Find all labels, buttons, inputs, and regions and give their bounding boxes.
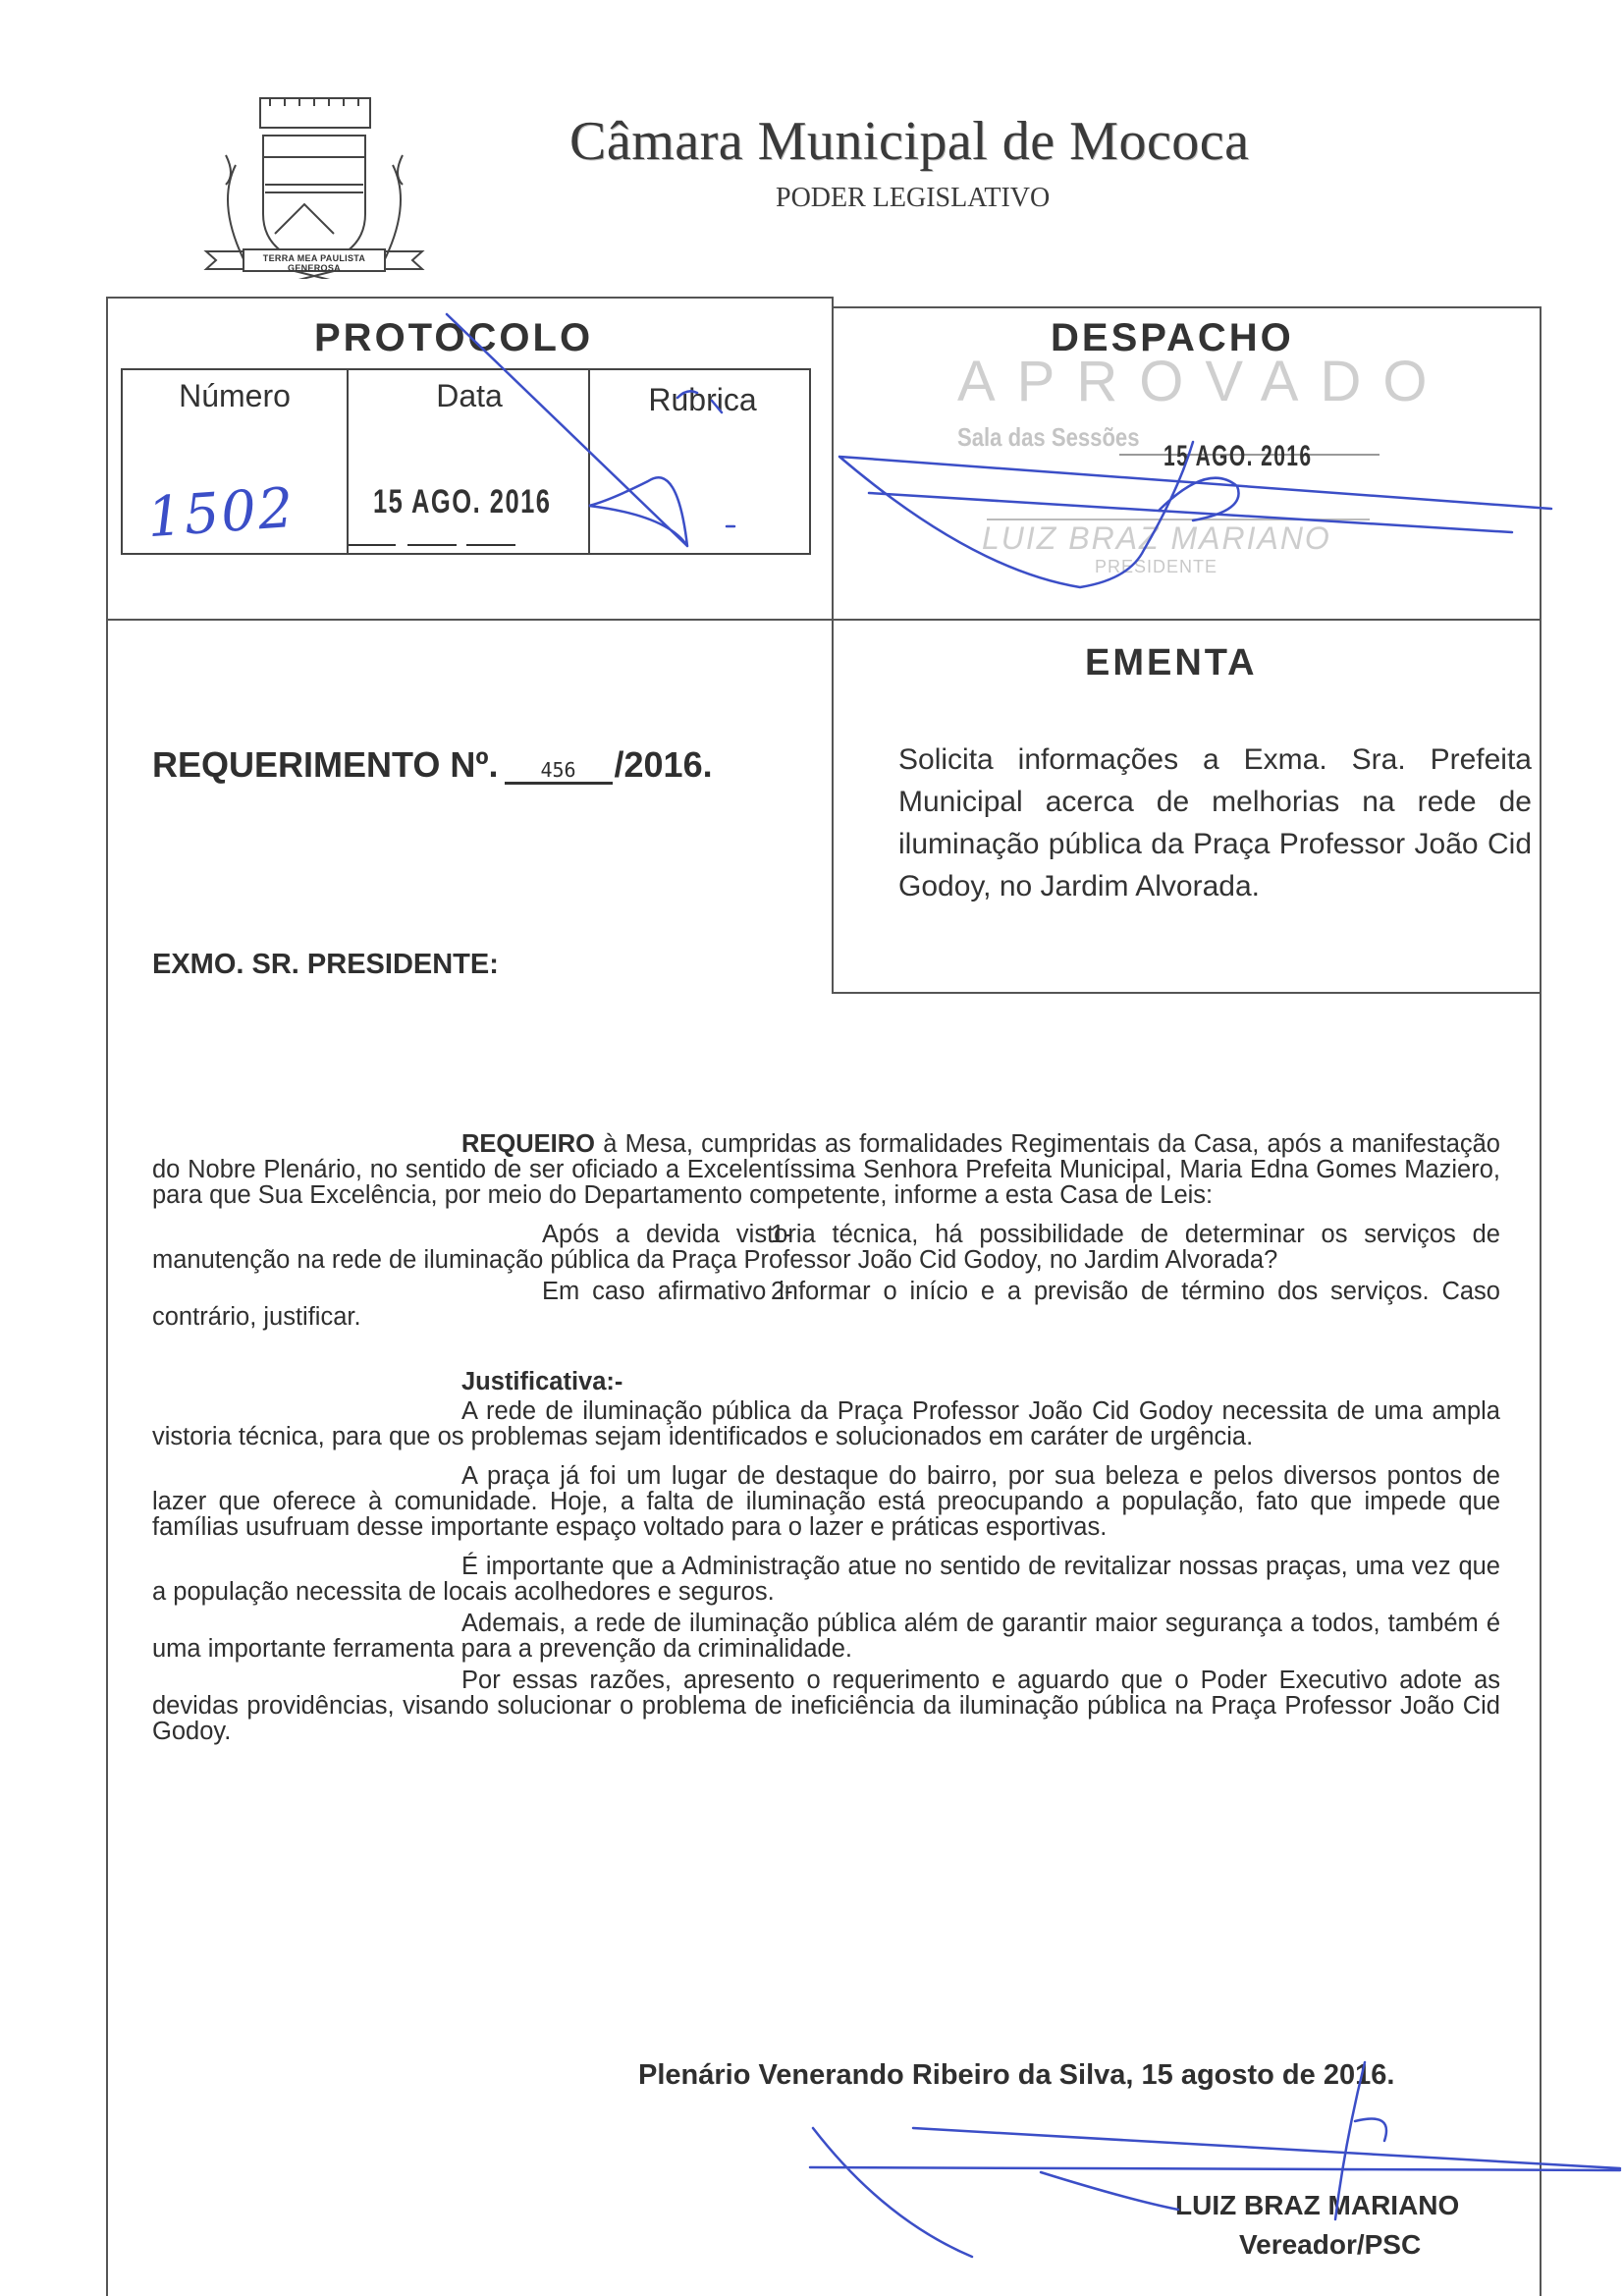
- frame-top-left: [106, 297, 833, 299]
- ementa-bottom: [832, 992, 1541, 994]
- despacho-date: 15 AGO. 2016: [1163, 440, 1312, 473]
- ementa-text: Solicita informações a Exma. Sra. Prefei…: [898, 738, 1532, 907]
- protocolo-title: PROTOCOLO: [314, 316, 593, 360]
- document-body: REQUEIRO à Mesa, cumpridas as formalidad…: [152, 1131, 1500, 1744]
- justificativa-paragraph: A praça já foi um lugar de destaque do b…: [152, 1463, 1500, 1540]
- frame-divider: [832, 297, 834, 994]
- protocolo-data: 15 AGO. 2016: [373, 483, 551, 521]
- sala-sessoes: Sala das Sessões: [957, 422, 1140, 453]
- salutation: EXMO. SR. PRESIDENTE:: [152, 949, 499, 981]
- requeiro-paragraph: REQUEIRO à Mesa, cumpridas as formalidad…: [152, 1131, 1500, 1208]
- justificativa-paragraph: Por essas razões, apresento o requerimen…: [152, 1667, 1500, 1744]
- col-data: Data: [349, 378, 590, 414]
- institution-title: Câmara Municipal de Mococa: [569, 110, 1355, 173]
- frame-top-right: [832, 306, 1541, 308]
- requerimento-heading: REQUERIMENTO Nº.456/2016.: [152, 744, 713, 786]
- coat-of-arms: TERRA MEA PAULISTA GENEROSA: [196, 96, 432, 279]
- president-role-stamp: PRESIDENTE: [1095, 557, 1217, 577]
- requerimento-number: 456: [505, 758, 613, 785]
- protocolo-numero: 1502: [145, 476, 298, 550]
- place-date: Plenário Venerando Ribeiro da Silva, 15 …: [638, 2059, 1394, 2092]
- despacho-title: DESPACHO: [1051, 316, 1294, 360]
- frame-left: [106, 297, 108, 2296]
- frame-mid: [106, 619, 1541, 621]
- signer-role: Vereador/PSC: [1239, 2229, 1421, 2261]
- col-rubrica: Rubrica: [592, 382, 813, 418]
- frame-right: [1540, 306, 1542, 2296]
- crest-motto: TERRA MEA PAULISTA GENEROSA: [245, 253, 383, 273]
- president-name-stamp: LUIZ BRAZ MARIANO: [982, 520, 1331, 557]
- item-1: 1-Após a devida vistoria técnica, há pos…: [152, 1222, 1500, 1273]
- signer-name: LUIZ BRAZ MARIANO: [1175, 2190, 1459, 2221]
- coat-of-arms-icon: [196, 96, 432, 279]
- justificativa-paragraph: Ademais, a rede de iluminação pública al…: [152, 1611, 1500, 1662]
- ementa-title: EMENTA: [1085, 642, 1258, 684]
- justificativa-title: Justificativa:-: [152, 1369, 1500, 1394]
- justificativa-paragraph: A rede de iluminação pública da Praça Pr…: [152, 1398, 1500, 1449]
- institution-subtitle: PODER LEGISLATIVO: [776, 183, 1050, 214]
- item-2: 2-Em caso afirmativo informar o início e…: [152, 1279, 1500, 1330]
- justificativa-paragraph: É importante que a Administração atue no…: [152, 1554, 1500, 1605]
- col-numero: Número: [123, 378, 347, 414]
